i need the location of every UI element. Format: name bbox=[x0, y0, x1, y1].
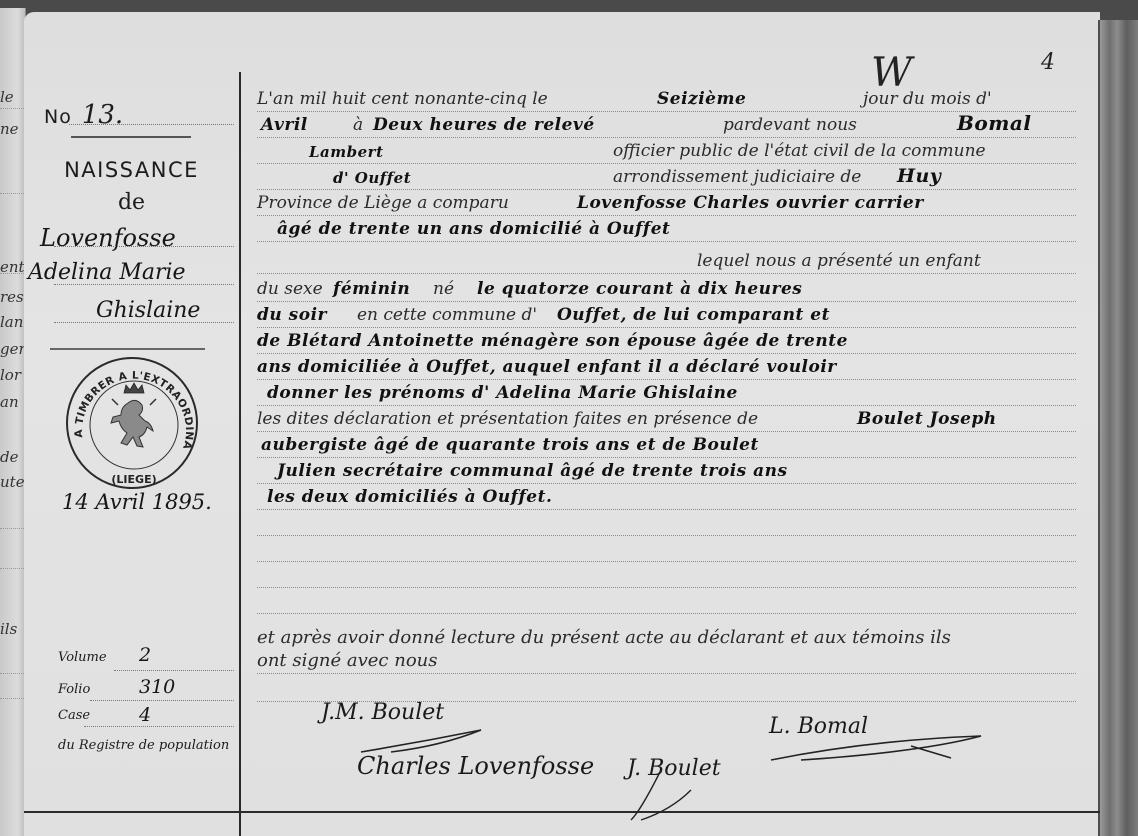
prev-page-fragment: an bbox=[0, 393, 19, 411]
child-given-names-2: Ghislaine bbox=[96, 298, 200, 323]
act-line: lequel nous a présenté un enfant bbox=[257, 248, 1076, 274]
act-line: Julien secrétaire communal âgé de trente… bbox=[257, 458, 1076, 484]
act-line: d' Ouffet arrondissement judiciaire de H… bbox=[257, 164, 1076, 190]
act-body: W 4 L'an mil huit cent nonante-cinq le S… bbox=[241, 0, 1100, 836]
act-line: Lambert officier public de l'état civil … bbox=[257, 138, 1076, 164]
act-line: âgé de trente un ans domicilié à Ouffet bbox=[257, 216, 1076, 242]
lion-emblem-icon: A TIMBRER A L'EXTRAORDINAIRE (LIEGE) bbox=[68, 359, 200, 491]
book-binding bbox=[1098, 20, 1138, 836]
dotted-rule bbox=[69, 124, 234, 125]
underline bbox=[71, 136, 191, 138]
case-label: Case bbox=[58, 708, 90, 723]
signature-flourish-icon bbox=[331, 722, 551, 762]
act-line: Province de Liège a comparu Lovenfosse C… bbox=[257, 190, 1076, 216]
volume-value: 2 bbox=[139, 644, 151, 666]
act-line: les dites déclaration et présentation fa… bbox=[257, 406, 1076, 432]
act-line: du sexe féminin né le quatorze courant à… bbox=[257, 276, 1076, 302]
child-given-names-1: Adelina Marie bbox=[28, 260, 186, 285]
prev-page-fragment: de bbox=[0, 448, 18, 466]
prev-page-fragment: lan bbox=[0, 313, 23, 331]
entry-number-label: No bbox=[44, 106, 72, 128]
tax-stamp: A TIMBRER A L'EXTRAORDINAIRE (LIEGE) bbox=[66, 357, 198, 489]
dotted-rule bbox=[84, 726, 234, 727]
prev-page-fragment: ils bbox=[0, 620, 17, 638]
closing-line-2: ont signé avec nous bbox=[257, 648, 1076, 674]
blank-line bbox=[257, 536, 1076, 562]
signature-flourish-icon bbox=[621, 760, 701, 830]
blank-line bbox=[257, 676, 1076, 702]
dotted-rule bbox=[114, 670, 234, 671]
prev-page-fragment: ute bbox=[0, 473, 25, 491]
signature-flourish-icon bbox=[741, 730, 1021, 780]
prev-page-fragment: le bbox=[0, 88, 14, 106]
act-line: aubergiste âgé de quarante trois ans et … bbox=[257, 432, 1076, 458]
act-line: ans domiciliée à Ouffet, auquel enfant i… bbox=[257, 354, 1076, 380]
dotted-rule bbox=[54, 322, 234, 323]
act-line: du soir en cette commune d' Ouffet, de l… bbox=[257, 302, 1076, 328]
prev-page-fragment: ne bbox=[0, 120, 19, 138]
blank-line bbox=[257, 588, 1076, 614]
prev-page-fragment: lor bbox=[0, 366, 21, 384]
act-line: L'an mil huit cent nonante-cinq le Seizi… bbox=[257, 86, 1076, 112]
child-surname: Lovenfosse bbox=[40, 224, 176, 252]
record-type-heading: NAISSANCE bbox=[49, 158, 214, 182]
blank-line bbox=[257, 510, 1076, 536]
case-value: 4 bbox=[139, 704, 151, 726]
prev-page-fragment: res bbox=[0, 288, 24, 306]
closing-line-1: et après avoir donné lecture du présent … bbox=[257, 624, 1076, 650]
blank-line bbox=[257, 562, 1076, 588]
stamp-date: 14 Avril 1895. bbox=[62, 490, 212, 514]
previous-page-edge: le ne ent res lan ger lor an de ute ils bbox=[0, 8, 26, 836]
dotted-rule bbox=[54, 246, 234, 247]
svg-text:(LIEGE): (LIEGE) bbox=[111, 473, 156, 486]
margin-column: No 13. NAISSANCE de Lovenfosse Adelina M… bbox=[24, 0, 239, 836]
folio-label: Folio bbox=[58, 682, 90, 697]
dotted-rule bbox=[54, 284, 234, 285]
folio-value: 310 bbox=[139, 676, 175, 698]
entry-number: No 13. bbox=[44, 100, 123, 130]
act-line: Avril à Deux heures de relevé pardevant … bbox=[257, 112, 1076, 138]
heading-of: de bbox=[49, 190, 214, 215]
entry-number-value: 13. bbox=[82, 100, 123, 130]
page-number-mark: 4 bbox=[1041, 50, 1055, 75]
volume-label: Volume bbox=[58, 650, 107, 665]
stamp-rule bbox=[50, 348, 205, 350]
act-line: donner les prénoms d' Adelina Marie Ghis… bbox=[257, 380, 1076, 406]
act-line: de Blétard Antoinette ménagère son épous… bbox=[257, 328, 1076, 354]
prev-page-fragment: ger bbox=[0, 340, 26, 358]
register-footer: du Registre de population bbox=[58, 738, 229, 753]
dotted-rule bbox=[90, 700, 234, 701]
act-line: les deux domiciliés à Ouffet. bbox=[257, 484, 1076, 510]
